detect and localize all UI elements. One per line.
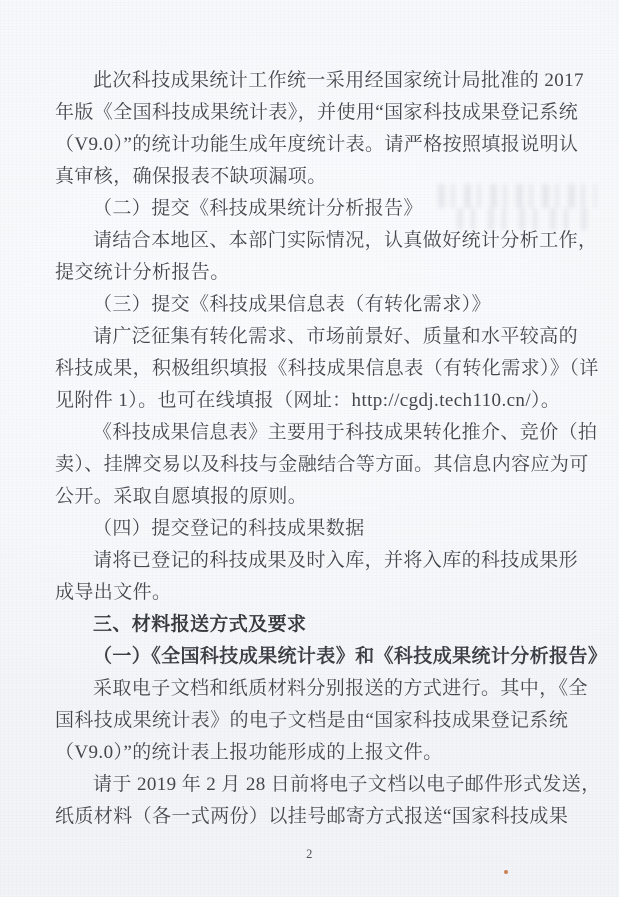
text-line: 请结合本地区、本部门实际情况，认真做好统计分析工作， [55, 225, 569, 257]
scan-speck [504, 870, 508, 874]
text-line: 请广泛征集有转化需求、市场前景好、质量和水平较高的 [55, 321, 569, 353]
text-line: 公开。采取自愿填报的原则。 [55, 481, 569, 513]
chapter-heading-3: 三、材料报送方式及要求 [55, 609, 569, 641]
document-lines: 此次科技成果统计工作统一采用经国家统计局批准的 2017年版《全国科技成果统计表… [55, 65, 569, 833]
section-heading-3: （三）提交《科技成果信息表（有转化需求）》 [55, 289, 569, 321]
text-line: 《科技成果信息表》主要用于科技成果转化推介、竞价（拍 [55, 417, 569, 449]
page-number: 2 [0, 847, 619, 862]
text-line: 科技成果，积极组织填报《科技成果信息表（有转化需求）》（详 [55, 353, 569, 385]
text-line: （V9.0）”的统计功能生成年度统计表。请严格按照填报说明认 [55, 129, 569, 161]
text-line: 提交统计分析报告。 [55, 257, 569, 289]
text-line: 卖）、挂牌交易以及科技与金融结合等方面。其信息内容应为可 [55, 449, 569, 481]
text-line: 见附件 1）。也可在线填报（网址：http://cgdj.tech110.cn/… [55, 385, 569, 417]
text-line: 采取电子文档和纸质材料分别报送的方式进行。其中，《全 [55, 673, 569, 705]
text-line: 成导出文件。 [55, 577, 569, 609]
scanned-document-page: 此次科技成果统计工作统一采用经国家统计局批准的 2017年版《全国科技成果统计表… [0, 0, 619, 897]
text-line: 国科技成果统计表》的电子文档是由“国家科技成果登记系统 [55, 705, 569, 737]
section-heading-1: （一）《全国科技成果统计表》和《科技成果统计分析报告》 [55, 641, 569, 673]
text-line: 真审核，确保报表不缺项漏项。 [55, 161, 569, 193]
text-line: 此次科技成果统计工作统一采用经国家统计局批准的 2017 [55, 65, 569, 97]
section-heading-4: （四）提交登记的科技成果数据 [55, 513, 569, 545]
text-line: 年版《全国科技成果统计表》，并使用“国家科技成果登记系统 [55, 97, 569, 129]
text-line: 请将已登记的科技成果及时入库，并将入库的科技成果形 [55, 545, 569, 577]
text-line: 请于 2019 年 2 月 28 日前将电子文档以电子邮件形式发送， [55, 769, 569, 801]
text-line: 纸质材料（各一式两份）以挂号邮寄方式报送“国家科技成果 [55, 801, 569, 833]
section-heading-2: （二）提交《科技成果统计分析报告》 [55, 193, 569, 225]
text-line: （V9.0）”的统计表上报功能形成的上报文件。 [55, 737, 569, 769]
